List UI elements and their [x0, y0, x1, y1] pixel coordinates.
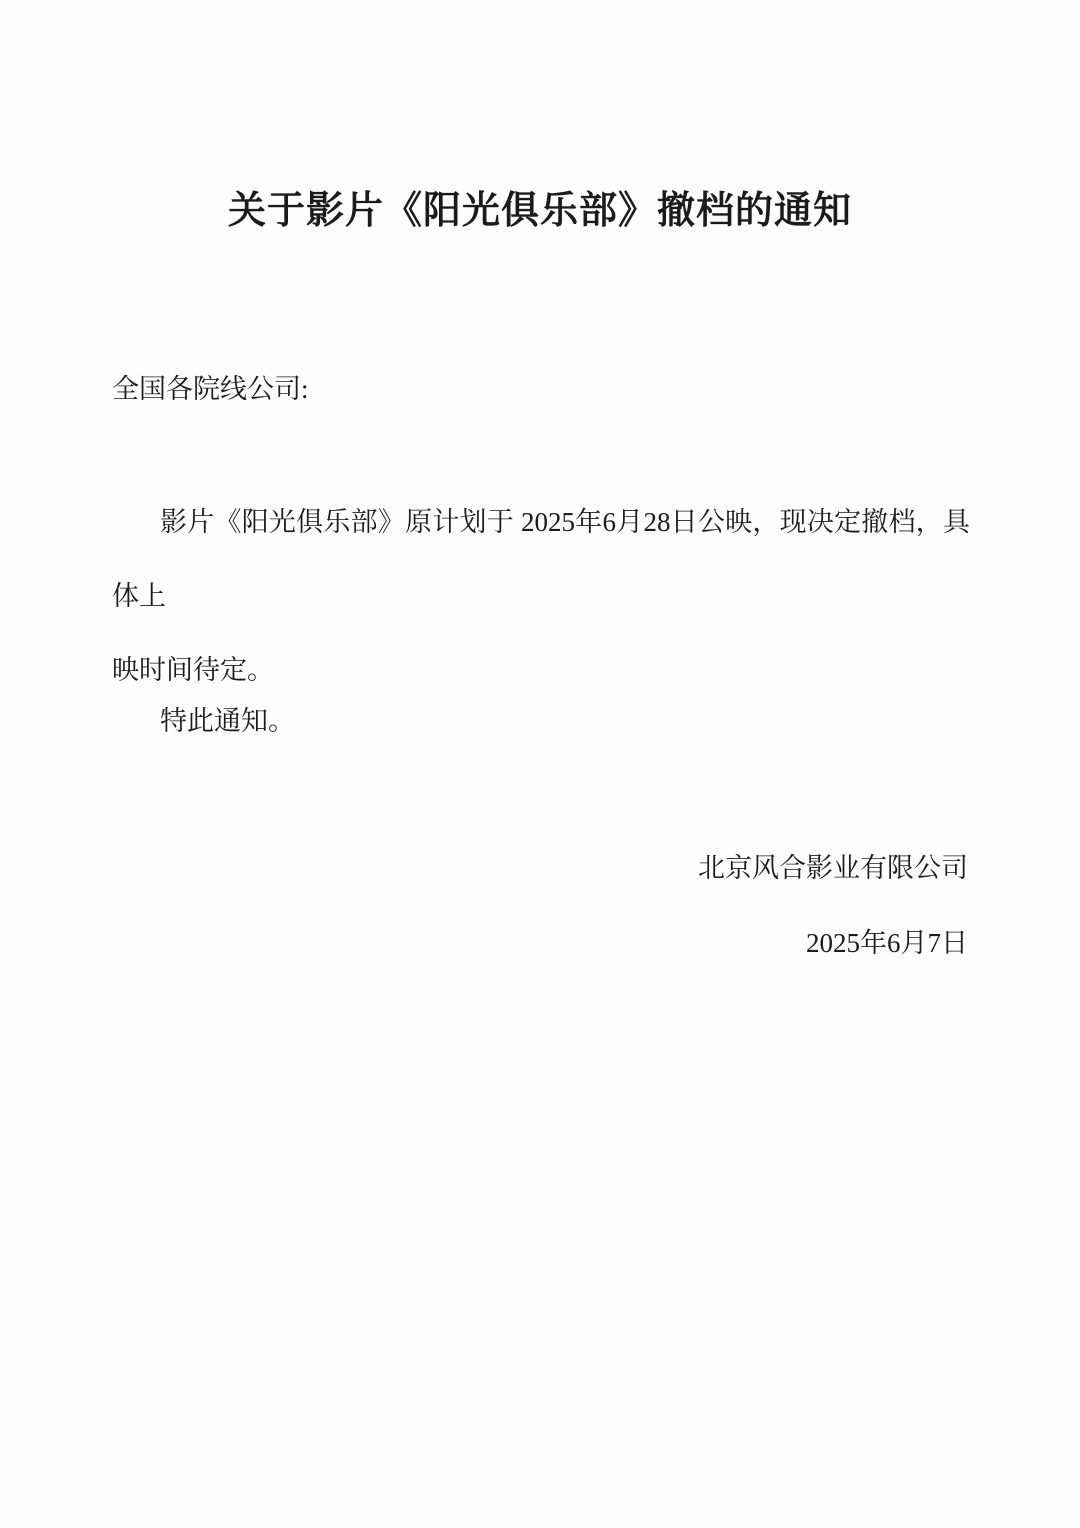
- body-paragraph: 影片《阳光俱乐部》原计划于 2025年6月28日公映，现决定撤档，具体上 映时间…: [112, 485, 970, 707]
- closing-line: 特此通知。: [112, 704, 295, 738]
- salutation-line: 全国各院线公司:: [112, 372, 309, 406]
- document-title: 关于影片《阳光俱乐部》撤档的通知: [0, 188, 1080, 234]
- issue-date: 2025年6月7日: [806, 926, 968, 960]
- notice-document-page: 关于影片《阳光俱乐部》撤档的通知 全国各院线公司: 影片《阳光俱乐部》原计划于 …: [0, 0, 1080, 1528]
- issuer-signature: 北京风合影业有限公司: [698, 851, 968, 885]
